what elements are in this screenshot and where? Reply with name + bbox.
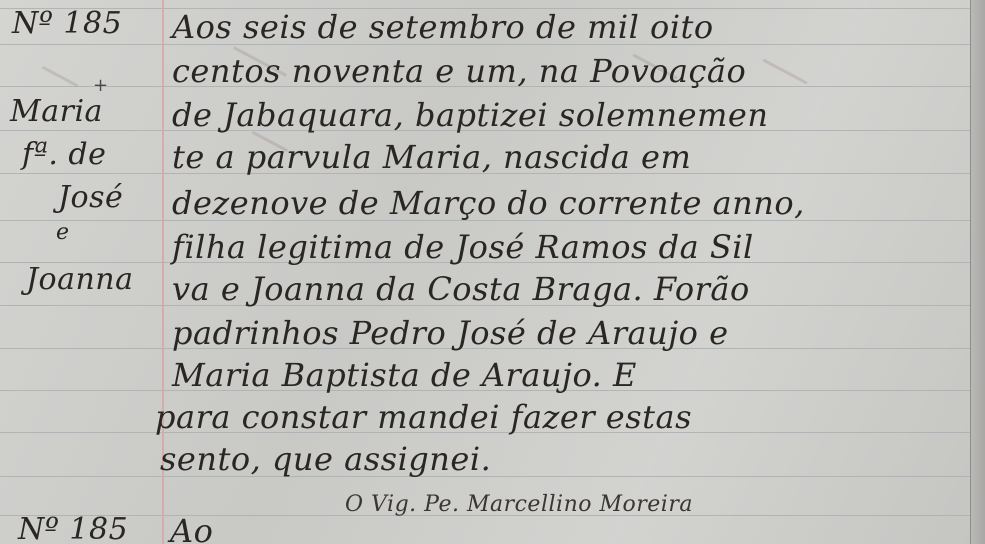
text-line: Maria Baptista de Araujo. E [172, 356, 637, 394]
text-line: Aos seis de setembro de mil oito [172, 8, 714, 46]
text-line: dezenove de Março do corrente anno, [172, 184, 805, 222]
register-page: Nº 185 + Maria fª. de José e Joanna Aos … [0, 0, 985, 544]
ruled-line [0, 476, 985, 477]
entry-number: Nº 185 [18, 512, 128, 544]
margin-mother: Joanna [26, 262, 134, 297]
text-line: filha legitima de José Ramos da Sil [172, 228, 754, 266]
text-line: centos noventa e um, na Povoação [172, 52, 746, 90]
margin-father: José [58, 180, 123, 215]
page-edge [970, 0, 985, 544]
margin-filiation: fª. de [22, 137, 106, 172]
text-line: te a parvula Maria, nascida em [172, 138, 691, 176]
entry-number: Nº 185 [12, 6, 122, 41]
ink-bleed [42, 66, 79, 87]
text-line: sento, que assignei. [160, 440, 491, 478]
margin-and: e [56, 220, 70, 245]
text-line: padrinhos Pedro José de Araujo e [172, 314, 729, 352]
ink-bleed [762, 58, 808, 84]
text-line: Ao [170, 512, 213, 544]
text-line: va e Joanna da Costa Braga. Forão [172, 270, 750, 308]
margin-name: Maria [10, 94, 103, 129]
text-line: para constar mandei fazer estas [155, 398, 692, 436]
text-line: de Jabaquara, baptizei solemnemen [172, 96, 768, 134]
cross-mark: + [93, 75, 108, 96]
priest-signature: O Vig. Pe. Marcellino Moreira [345, 492, 693, 517]
